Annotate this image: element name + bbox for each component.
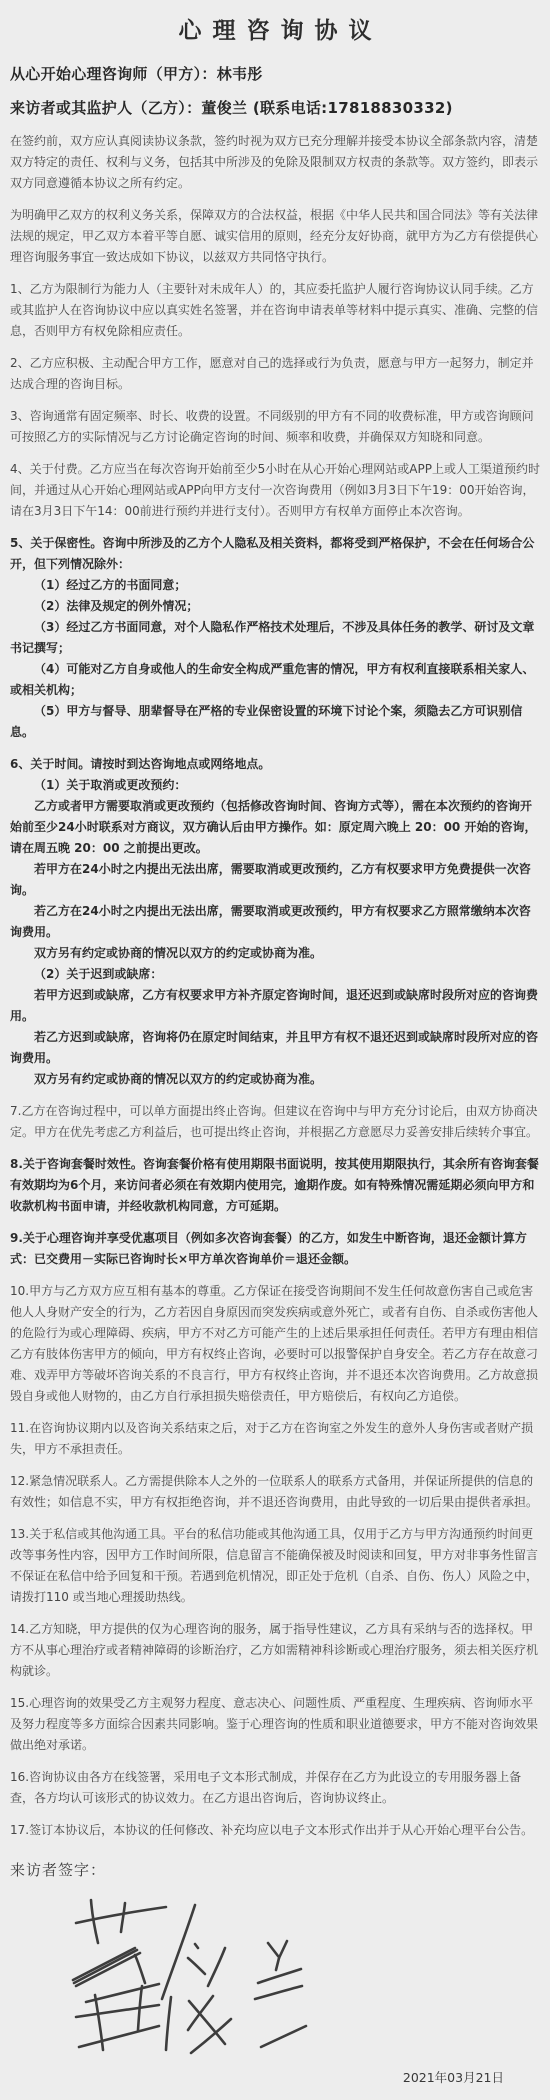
clause-6-head: 6、关于时间。请按时到达咨询地点或网络地点。: [10, 754, 540, 775]
clause-6-cancel-para-2: 若甲方在24小时之内提出无法出席，需要取消或更改预约，乙方有权要求甲方免费提供一…: [10, 859, 540, 901]
clause-5-item-1: （1）经过乙方的书面同意；: [10, 575, 540, 596]
clause-9: 9.关于心理咨询并享受优惠项目（例如多次咨询套餐）的乙方，如发生中断咨询，退还金…: [10, 1228, 540, 1270]
clause-3: 3、咨询通常有固定频率、时长、收费的设置。不同级别的甲方有不同的收费标准，甲方或…: [10, 406, 540, 448]
clause-6-late-para-1: 若甲方迟到或缺席，乙方有权要求甲方补齐原定咨询时间，退还迟到或缺席时段所对应的咨…: [10, 985, 540, 1027]
clause-5-item-3: （3）经过乙方书面同意，对个人隐私作严格技术处理后，不涉及具体任务的教学、研讨及…: [10, 617, 540, 659]
clause-6-cancel-para-4: 双方另有约定或协商的情况以双方的约定或协商为准。: [10, 943, 540, 964]
clause-7: 7.乙方在咨询过程中，可以单方面提出终止咨询。但建议在咨询中与甲方充分讨论后，由…: [10, 1101, 540, 1143]
clause-14: 14.乙方知晓，甲方提供的仅为心理咨询的服务，属于指导性建议，乙方具有采纳与否的…: [10, 1619, 540, 1682]
clause-2: 2、乙方应积极、主动配合甲方工作，愿意对自己的选择或行为负责，愿意与甲方一起努力…: [10, 353, 540, 395]
clause-15: 15.心理咨询的效果受乙方主观努力程度、意志决心、问题性质、严重程度、生理疾病、…: [10, 1693, 540, 1756]
clause-16: 16.咨询协议由各方在线签署，采用电子文本形式制成，并保存在乙方为此设立的专用服…: [10, 1767, 540, 1809]
clause-5-item-5: （5）甲方与督导、朋辈督导在严格的专业保密设置的环境下讨论个案，须隐去乙方可识别…: [10, 701, 540, 743]
handwritten-signature: [48, 1886, 313, 2066]
clause-5-item-2: （2）法律及规定的例外情况；: [10, 596, 540, 617]
visitor-signature-label: 来访者签字：: [10, 1859, 540, 1880]
clause-5-item-4: （4）可能对乙方自身或他人的生命安全构成严重危害的情况，甲方有权利直接联系相关家…: [10, 659, 540, 701]
agreement-document: 心理咨询协议 从心开始心理咨询师（甲方）：林韦彤 来访者或其监护人（乙方）：董俊…: [0, 0, 550, 2086]
clause-13: 13.关于私信或其他沟通工具。平台的私信功能或其他沟通工具，仅用于乙方与甲方沟通…: [10, 1524, 540, 1608]
clause-5-confidentiality: 5、关于保密性。咨询中所涉及的乙方个人隐私及相关资料，都将受到严格保护，不会在任…: [10, 533, 540, 743]
clause-17: 17.签订本协议后，本协议的任何修改、补充均应以电子文本形式作出并于从心开始心理…: [10, 1820, 540, 1841]
clause-6-late-para-2: 若乙方迟到或缺席，咨询将仍在原定时间结束，并且甲方有权不退还迟到或缺席时段所对应…: [10, 1027, 540, 1069]
party-a-line: 从心开始心理咨询师（甲方）：林韦彤: [10, 63, 540, 84]
clause-1: 1、乙方为限制行为能力人（主要针对未成年人）的，其应委托监护人履行咨询协议认同手…: [10, 279, 540, 342]
preamble-paragraph-1: 在签约前，双方应认真阅读协议条款，签约时视为双方已充分理解并接受本协议全部条款内…: [10, 131, 540, 194]
clause-6-time: 6、关于时间。请按时到达咨询地点或网络地点。 （1）关于取消或更改预约： 乙方或…: [10, 754, 540, 1090]
signature-date: 2021年03月21日: [10, 2068, 504, 2086]
preamble-paragraph-2: 为明确甲乙双方的权利义务关系，保障双方的合法权益，根据《中华人民共和国合同法》等…: [10, 205, 540, 268]
party-b-line: 来访者或其监护人（乙方）：董俊兰 (联系电话:17818830332): [10, 97, 540, 118]
clause-12: 12.紧急情况联系人。乙方需提供除本人之外的一位联系人的联系方式备用，并保证所提…: [10, 1471, 540, 1513]
clause-10: 10.甲方与乙方双方应互相有基本的尊重。乙方保证在接受咨询期间不发生任何故意伤害…: [10, 1281, 540, 1407]
clause-6-cancel-para-3: 若乙方在24小时之内提出无法出席，需要取消或更改预约，甲方有权要求乙方照常缴纳本…: [10, 901, 540, 943]
clause-11: 11.在咨询协议期内以及咨询关系结束之后，对于乙方在咨询室之外发生的意外人身伤害…: [10, 1418, 540, 1460]
clause-5-head: 5、关于保密性。咨询中所涉及的乙方个人隐私及相关资料，都将受到严格保护，不会在任…: [10, 533, 540, 575]
clause-8: 8.关于咨询套餐时效性。咨询套餐价格有使用期限书面说明，按其使用期限执行，其余所…: [10, 1154, 540, 1217]
clause-6-late-head: （2）关于迟到或缺席：: [10, 964, 540, 985]
page-title: 心理咨询协议: [10, 12, 540, 45]
clause-4: 4、关于付费。乙方应当在每次咨询开始前至少5小时在从心开始心理网站或APP上或人…: [10, 459, 540, 522]
clause-6-late-para-3: 双方另有约定或协商的情况以双方的约定或协商为准。: [10, 1069, 540, 1090]
clause-6-cancel-head: （1）关于取消或更改预约：: [10, 775, 540, 796]
clause-6-cancel-para-1: 乙方或者甲方需要取消或更改预约（包括修改咨询时间、咨询方式等），需在本次预约的咨…: [10, 796, 540, 859]
signature-section: 来访者签字：: [10, 1859, 540, 2086]
